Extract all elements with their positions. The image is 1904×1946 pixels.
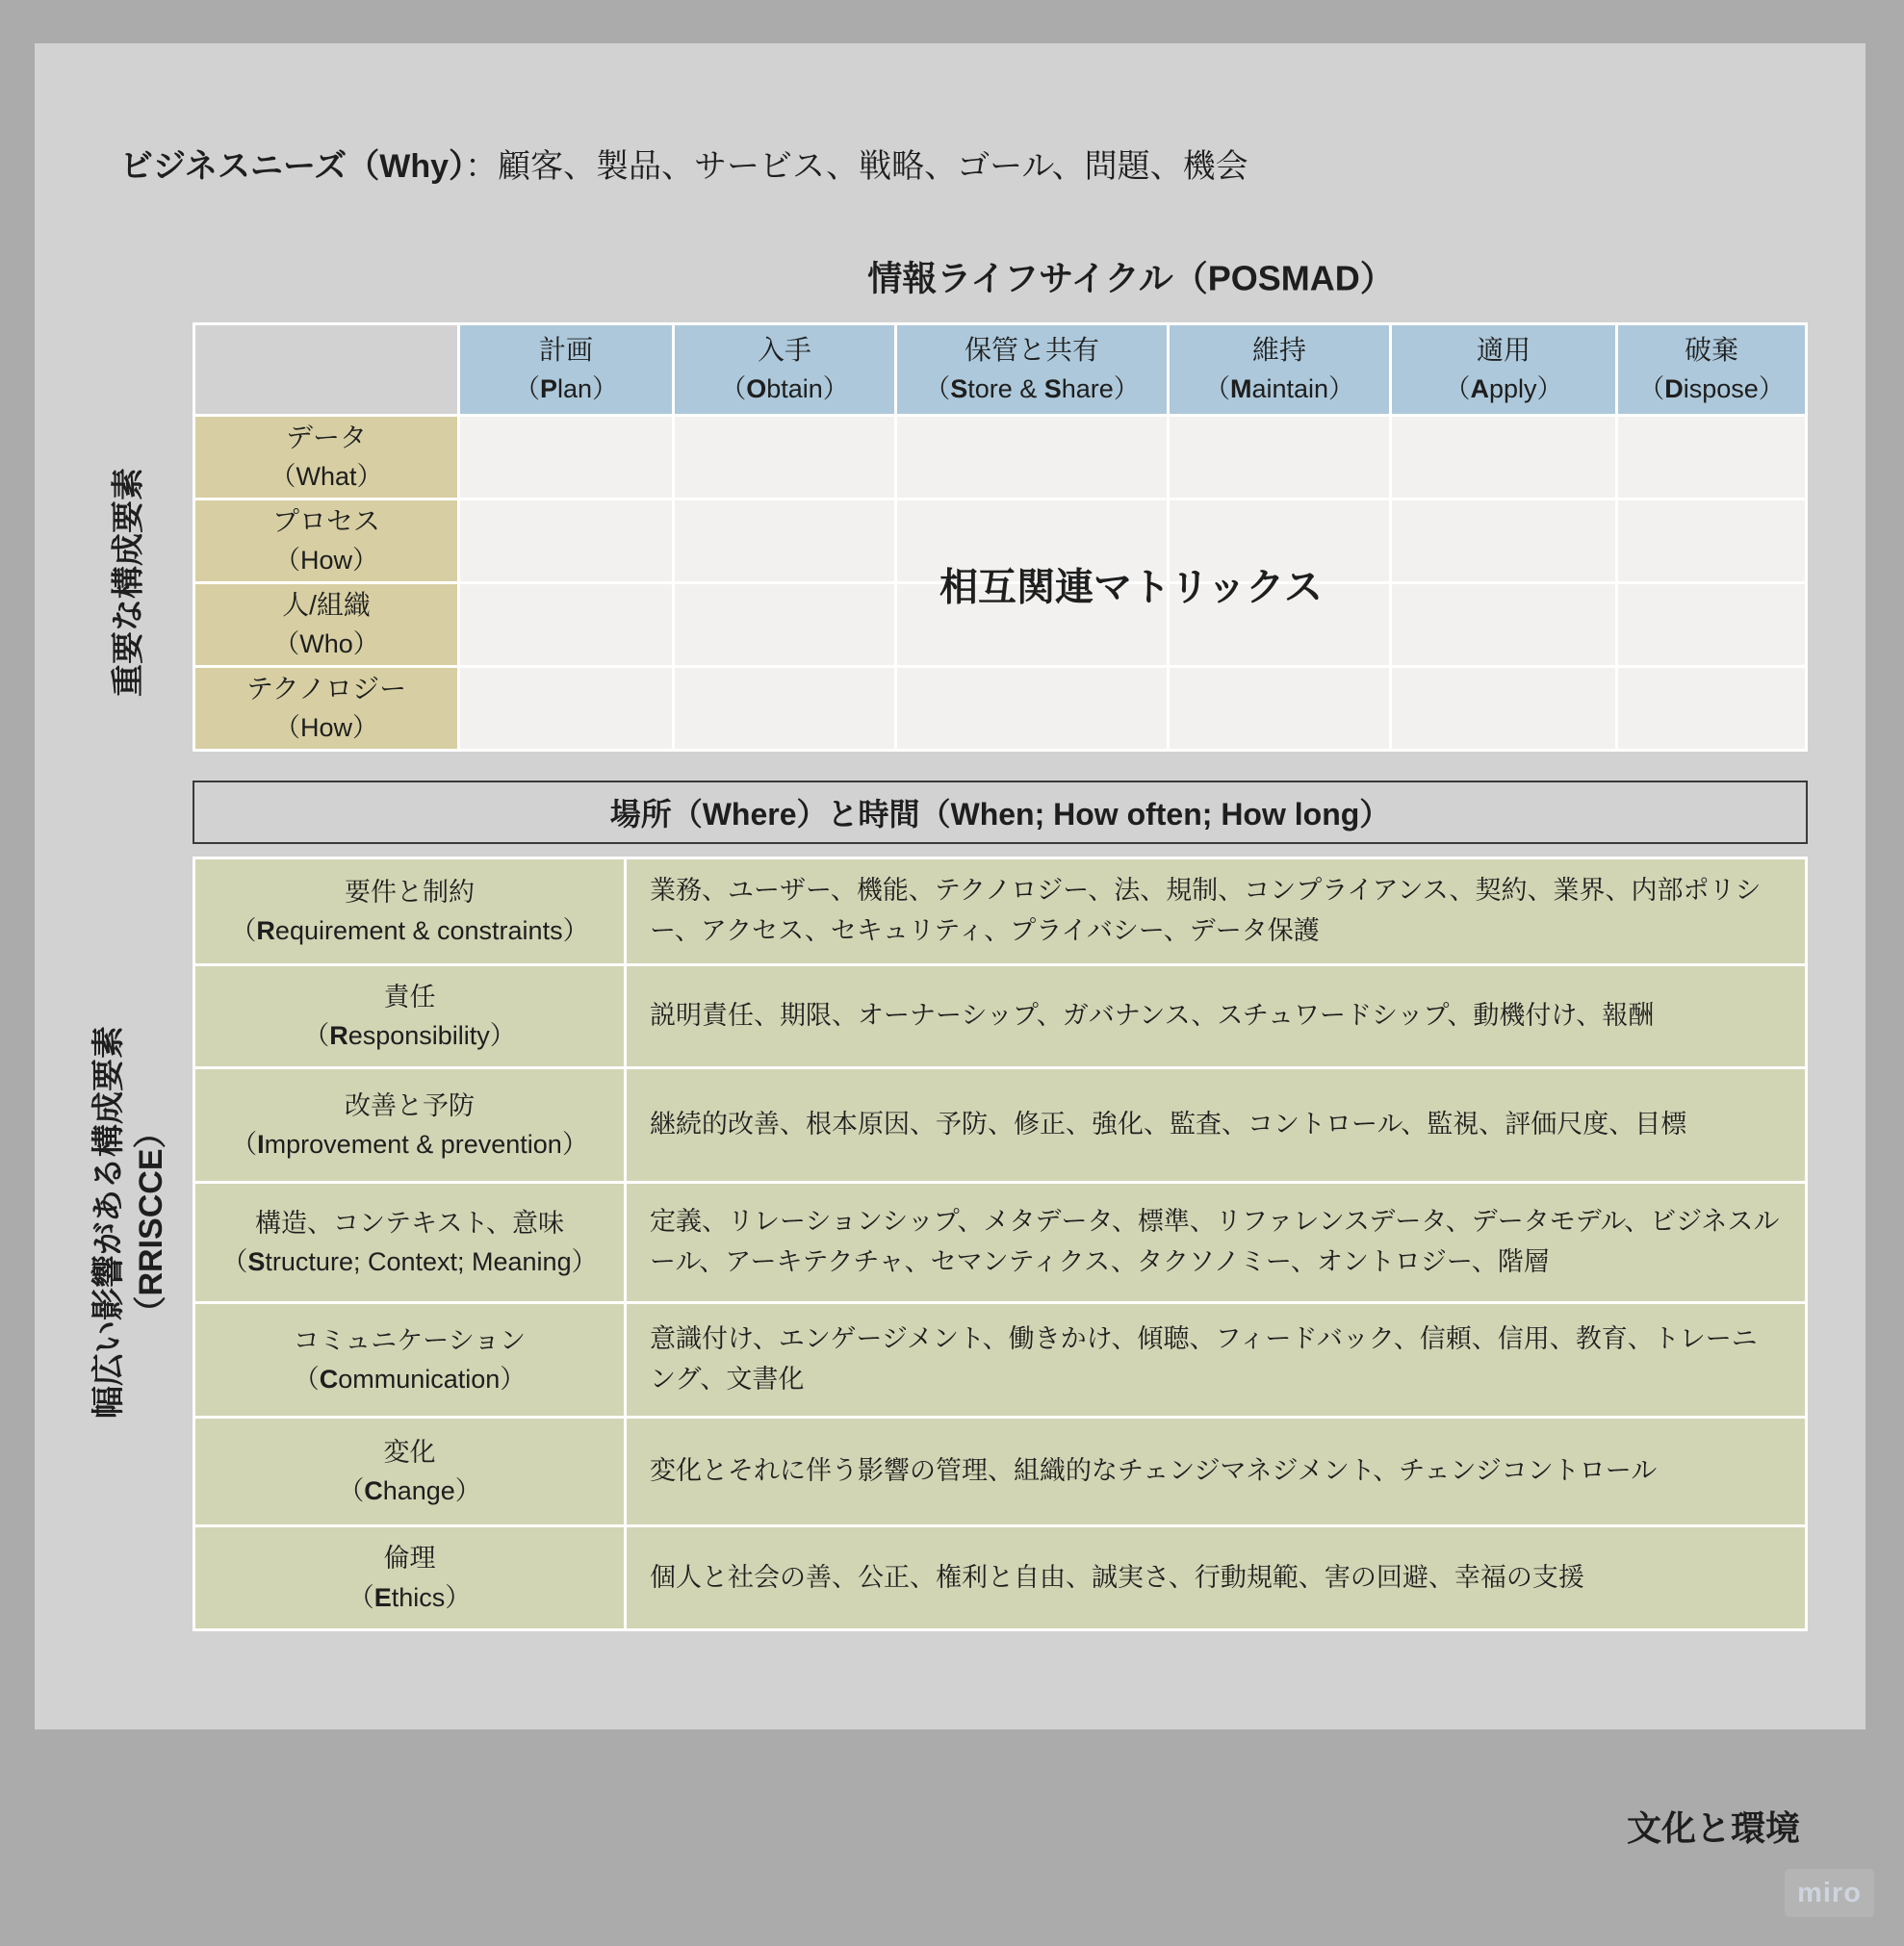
culture-environment-label: 文化と環境 xyxy=(1627,1802,1800,1851)
posmad-column-header-4-en: （Apply） xyxy=(1444,371,1562,408)
matrix-cell xyxy=(1392,584,1615,665)
matrix-cell xyxy=(675,668,894,749)
posmad-matrix-table: 計画（Plan）入手（Obtain）保管と共有（Store & Share）維持… xyxy=(193,322,1808,752)
matrix-cell xyxy=(1170,668,1389,749)
posmad-row-label-1: プロセス（How） xyxy=(195,500,457,581)
business-needs-title: ビジネスニーズ（Why）：顧客、製品、サービス、戦略、ゴール、問題、機会 xyxy=(120,140,1248,187)
rriscce-row-label-3-en: （Structure; Context; Meaning） xyxy=(221,1242,597,1282)
rriscce-row-label-0-ja: 要件と制約 xyxy=(345,873,475,912)
matrix-cell xyxy=(460,584,672,665)
posmad-row-label-3-en: （How） xyxy=(274,709,378,747)
matrix-cell xyxy=(675,417,894,498)
rriscce-row-content-3: 定義、リレーションシップ、メタデータ、標準、リファレンスデータ、データモデル、ビ… xyxy=(627,1184,1805,1301)
miro-board-canvas: { "colors": { "outer_background": "#abab… xyxy=(0,0,1904,1946)
posmad-column-header-3-ja: 維持 xyxy=(1252,331,1306,371)
matrix-cell xyxy=(675,584,894,665)
posmad-row-label-0-en: （What） xyxy=(270,458,382,496)
interaction-matrix-overlay-label: 相互関連マトリックス xyxy=(939,557,1323,612)
rriscce-row-label-3-ja: 構造、コンテキスト、意味 xyxy=(255,1204,564,1243)
rriscce-row-label-0-en: （Requirement & constraints） xyxy=(230,911,588,951)
matrix-cell xyxy=(1618,668,1805,749)
matrix-cell xyxy=(460,417,672,498)
posmad-column-header-1: 入手（Obtain） xyxy=(675,325,894,414)
business-needs-title-detail: ：顧客、製品、サービス、戦略、ゴール、問題、機会 xyxy=(465,148,1248,185)
posmad-corner-cell xyxy=(195,325,457,414)
posmad-column-header-3-en: （Maintain） xyxy=(1204,371,1354,408)
rriscce-row-content-4: 意識付け、エンゲージメント、働きかけ、傾聴、フィードバック、信頼、信用、教育、ト… xyxy=(627,1304,1805,1416)
matrix-cell xyxy=(1618,417,1805,498)
rriscce-row-label-1: 責任（Responsibility） xyxy=(195,966,624,1066)
rriscce-table: 要件と制約（Requirement & constraints）業務、ユーザー、… xyxy=(193,857,1808,1631)
posmad-row-label-3-ja: テクノロジー xyxy=(246,670,406,709)
posmad-column-header-2-en: （Store & Share） xyxy=(924,371,1140,408)
rriscce-row-label-6-en: （Ethics） xyxy=(348,1578,472,1618)
rriscce-row-label-0: 要件と制約（Requirement & constraints） xyxy=(195,859,624,963)
matrix-cell xyxy=(460,668,672,749)
business-needs-title-emphasis: ビジネスニーズ（Why） xyxy=(120,148,465,185)
matrix-cell xyxy=(1392,500,1615,581)
rriscce-row-label-4: コミュニケーション（Communication） xyxy=(195,1304,624,1416)
posmad-row-label-1-ja: プロセス xyxy=(272,502,380,542)
posmad-column-header-1-ja: 入手 xyxy=(758,331,811,371)
matrix-cell xyxy=(1618,584,1805,665)
posmad-row-label-0: データ（What） xyxy=(195,417,457,498)
matrix-cell xyxy=(460,500,672,581)
matrix-cell xyxy=(1170,417,1389,498)
posmad-row-label-3: テクノロジー（How） xyxy=(195,668,457,749)
posmad-row-label-2-en: （Who） xyxy=(273,626,379,663)
broad-impact-axis-label-line2: （RRISCCE） xyxy=(130,1026,172,1419)
rriscce-row-label-6-ja: 倫理 xyxy=(384,1539,436,1578)
whiteboard-panel: ビジネスニーズ（Why）：顧客、製品、サービス、戦略、ゴール、問題、機会 情報ラ… xyxy=(35,43,1865,1729)
posmad-column-header-0-ja: 計画 xyxy=(539,331,593,371)
rriscce-row-content-0: 業務、ユーザー、機能、テクノロジー、法、規制、コンプライアンス、契約、業界、内部… xyxy=(627,859,1805,963)
broad-impact-axis-label-line1: 幅広い影響がある構成要素 xyxy=(88,1026,130,1419)
matrix-cell xyxy=(897,668,1167,749)
rriscce-row-label-2: 改善と予防（Improvement & prevention） xyxy=(195,1069,624,1181)
key-components-axis-label: 重要な構成要素 xyxy=(102,468,149,697)
posmad-column-header-3: 維持（Maintain） xyxy=(1170,325,1389,414)
rriscce-row-content-2: 継続的改善、根本原因、予防、修正、強化、監査、コントロール、監視、評価尺度、目標 xyxy=(627,1069,1805,1181)
posmad-column-header-5-en: （Dispose） xyxy=(1638,371,1785,408)
where-when-bar: 場所（Where）と時間（When; How often; How long） xyxy=(193,781,1808,844)
matrix-cell xyxy=(1618,500,1805,581)
rriscce-row-label-1-ja: 責任 xyxy=(384,978,436,1017)
posmad-column-header-5: 破棄（Dispose） xyxy=(1618,325,1805,414)
rriscce-row-content-1: 説明責任、期限、オーナーシップ、ガバナンス、スチュワードシップ、動機付け、報酬 xyxy=(627,966,1805,1066)
information-lifecycle-title: 情報ライフサイクル（POSMAD） xyxy=(867,252,1395,301)
posmad-column-header-0-en: （Plan） xyxy=(514,371,618,408)
rriscce-row-label-4-en: （Communication） xyxy=(294,1360,527,1399)
posmad-column-header-4-ja: 適用 xyxy=(1477,331,1531,371)
rriscce-row-content-6: 個人と社会の善、公正、権利と自由、誠実さ、行動規範、害の回避、幸福の支援 xyxy=(627,1527,1805,1628)
posmad-column-header-0: 計画（Plan） xyxy=(460,325,672,414)
matrix-cell xyxy=(897,417,1167,498)
matrix-cell xyxy=(1392,668,1615,749)
rriscce-row-label-5-ja: 変化 xyxy=(384,1433,436,1472)
posmad-column-header-2: 保管と共有（Store & Share） xyxy=(897,325,1167,414)
rriscce-row-content-5: 変化とそれに伴う影響の管理、組織的なチェンジマネジメント、チェンジコントロール xyxy=(627,1419,1805,1524)
rriscce-row-label-6: 倫理（Ethics） xyxy=(195,1527,624,1628)
matrix-cell xyxy=(675,500,894,581)
broad-impact-axis-label: 幅広い影響がある構成要素 （RRISCCE） xyxy=(88,1026,172,1419)
miro-watermark: miro xyxy=(1785,1869,1874,1917)
rriscce-row-label-4-ja: コミュニケーション xyxy=(294,1321,526,1361)
rriscce-row-label-1-en: （Responsibility） xyxy=(303,1016,516,1056)
rriscce-row-label-2-en: （Improvement & prevention） xyxy=(231,1125,588,1165)
posmad-column-header-4: 適用（Apply） xyxy=(1392,325,1615,414)
posmad-row-label-0-ja: データ xyxy=(286,419,367,458)
posmad-column-header-2-ja: 保管と共有 xyxy=(965,331,1099,371)
posmad-row-label-2-ja: 人/組織 xyxy=(282,586,371,626)
posmad-row-label-2: 人/組織（Who） xyxy=(195,584,457,665)
matrix-cell xyxy=(1392,417,1615,498)
rriscce-row-label-3: 構造、コンテキスト、意味（Structure; Context; Meaning… xyxy=(195,1184,624,1301)
posmad-row-label-1-en: （How） xyxy=(274,542,378,579)
rriscce-row-label-2-ja: 改善と予防 xyxy=(345,1087,475,1126)
rriscce-row-label-5-en: （Change） xyxy=(338,1472,481,1511)
posmad-column-header-1-en: （Obtain） xyxy=(720,371,849,408)
posmad-column-header-5-ja: 破棄 xyxy=(1685,331,1738,371)
rriscce-row-label-5: 変化（Change） xyxy=(195,1419,624,1524)
